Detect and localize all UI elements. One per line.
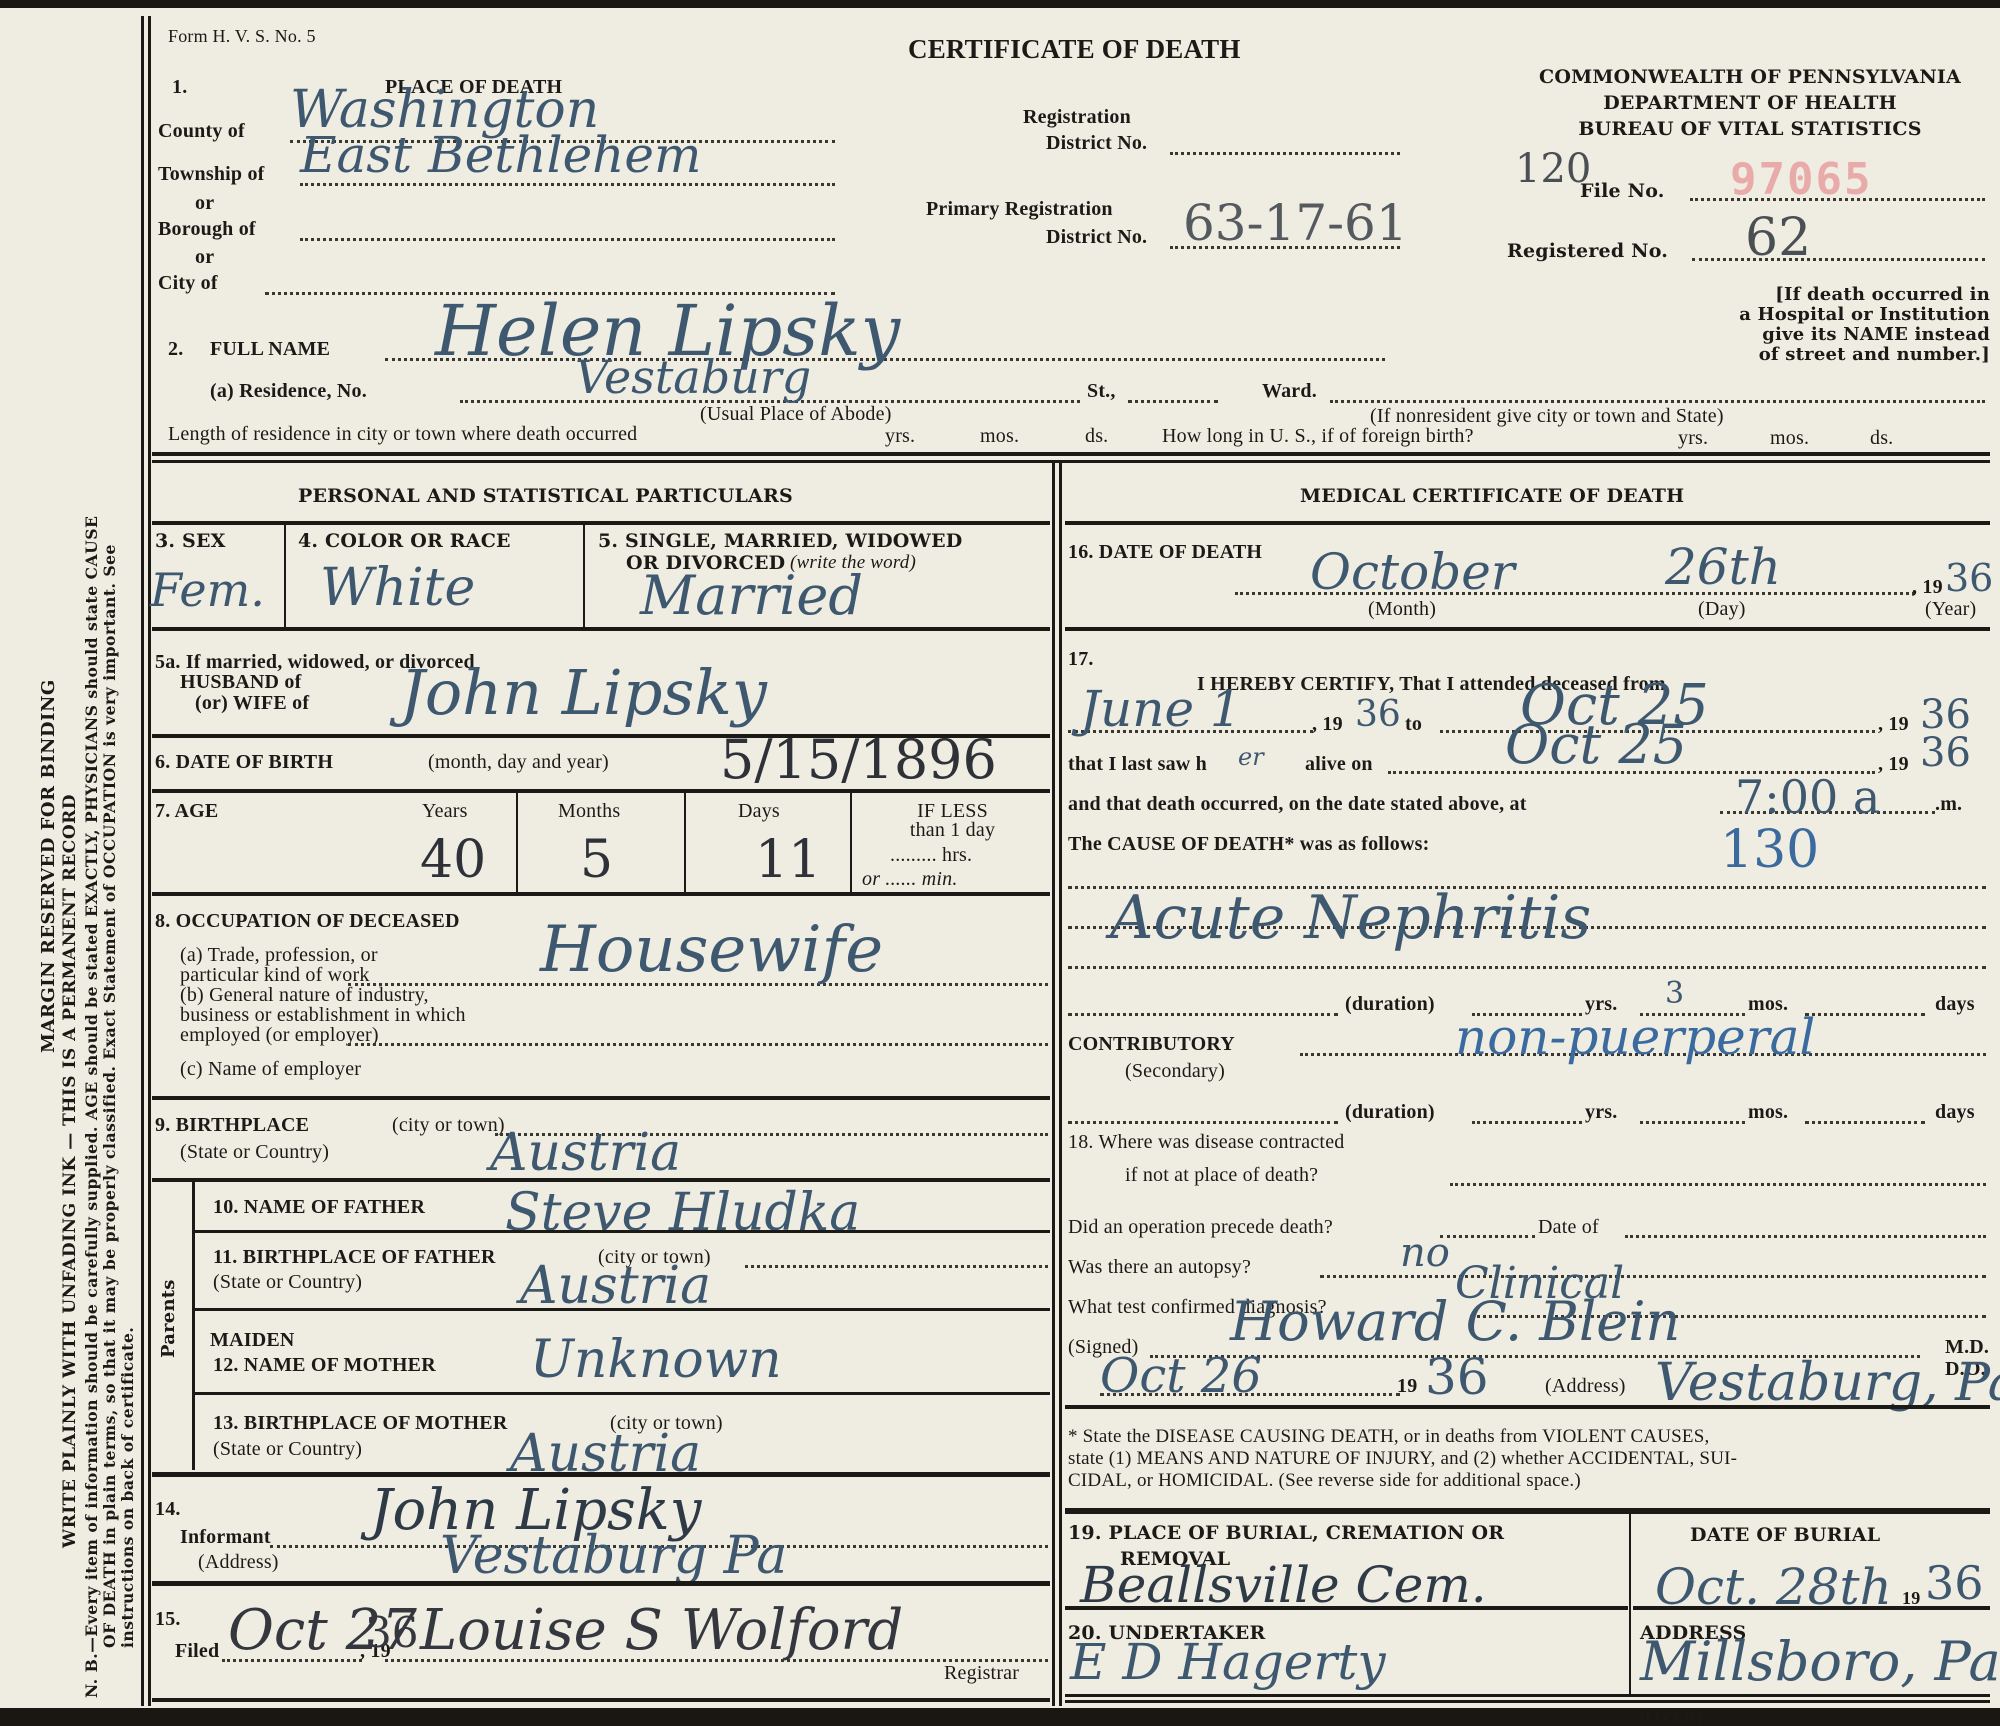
personal-heading-rule [152, 521, 1050, 525]
alive-on-label: alive on [1305, 753, 1373, 776]
row-rule-8 [152, 1096, 1050, 1100]
length-mos-label: mos. [980, 425, 1019, 448]
informant-address-label: (Address) [198, 1551, 279, 1574]
duration-lead-dots [1068, 1013, 1338, 1016]
hospital-note-1: [If death occurred in [1700, 284, 1990, 305]
date-of-death-19: , 19 [1912, 576, 1943, 599]
cause-of-death-label: The CAUSE OF DEATH* was as follows: [1068, 833, 1429, 856]
margin-nb-line2: OF DEATH in plain terms, so that it may … [100, 544, 119, 1648]
center-divider-left [1052, 460, 1055, 1706]
medical-section-heading: MEDICAL CERTIFICATE OF DEATH [1300, 485, 1684, 507]
father-birthplace-value: Austria [520, 1256, 711, 1316]
burial-date-label: DATE OF BURIAL [1690, 1524, 1880, 1546]
item-15-number: 15. [155, 1608, 181, 1631]
duration2-days-field [1805, 1121, 1925, 1124]
left-border-inner [148, 16, 151, 1706]
attended-from-year: 36 [1355, 694, 1401, 735]
item-1-number: 1. [172, 76, 187, 99]
margin-write-plainly-text: WRITE PLAINLY WITH UNFADING INK — THIS I… [60, 794, 80, 1548]
autopsy-value: no [1400, 1230, 1450, 1276]
bottom-rule-right-2 [1065, 1700, 1990, 1703]
length-yrs-label: yrs. [885, 425, 915, 448]
death-occurred-label: and that death occurred, on the date sta… [1068, 793, 1527, 816]
burial-year: 36 [1925, 1556, 1984, 1610]
time-of-death-value: 7:00 a [1735, 770, 1880, 824]
agency-line-3: BUREAU OF VITAL STATISTICS [1505, 118, 1995, 140]
duration-days-field [1805, 1013, 1925, 1016]
length-of-residence-label: Length of residence in city or town wher… [168, 423, 637, 446]
duration2-mos-field [1640, 1121, 1745, 1124]
or-label-1: or [195, 192, 214, 215]
hospital-note-2: a Hospital or Institution [1700, 304, 1990, 325]
signed-value: Howard C. Blein [1230, 1290, 1680, 1353]
margin-nb-line3: instructions on back of certificate. [118, 1327, 137, 1648]
dob-sublabel: (month, day and year) [428, 751, 609, 774]
duration-label: (duration) [1345, 993, 1435, 1016]
us-yrs-label: yrs. [1678, 427, 1708, 450]
date-of-death-label: 16. DATE OF DEATH [1068, 541, 1262, 564]
row-rule-7 [152, 892, 1050, 896]
medical-heading-rule [1065, 521, 1990, 525]
row-rule-11 [195, 1308, 1050, 1311]
age-days-label: Days [738, 800, 780, 823]
mother-name-value: Unknown [530, 1330, 782, 1390]
row-rule-14 [152, 1581, 1050, 1586]
age-months-value: 5 [580, 830, 613, 890]
cause-of-death-value: Acute Nephritis [1110, 883, 1591, 953]
year-caption: (Year) [1925, 598, 1976, 621]
spouse-label-3: (or) WIFE of [195, 692, 309, 715]
age-label: 7. AGE [155, 800, 218, 823]
registered-no-value: 62 [1745, 208, 1811, 268]
county-label: County of [158, 120, 245, 143]
registration-district-field [1170, 152, 1400, 155]
us-ds-label: ds. [1870, 427, 1893, 450]
last-saw-year: 36 [1920, 730, 1971, 776]
section-divider-top-2 [152, 460, 1990, 463]
duration2-days-label: days [1935, 1101, 1975, 1124]
burial-divider [1629, 1514, 1631, 1694]
item-2-number: 2. [168, 338, 183, 361]
last-saw-date: Oct 25 [1505, 713, 1687, 776]
row-rule-19-right [1633, 1606, 1990, 1610]
mother-maiden-label: MAIDEN [210, 1329, 295, 1352]
hospital-note-3: give its NAME instead [1700, 324, 1990, 345]
birthplace-state-sub: (State or Country) [180, 1141, 329, 1164]
agency-line-1: COMMONWEALTH OF PENNSYLVANIA [1505, 66, 1995, 88]
row-rule-signed [1065, 1405, 1990, 1409]
row-rule-5 [152, 627, 1050, 631]
operation-field [1440, 1235, 1535, 1238]
street-label: St., [1087, 380, 1116, 403]
bottom-rule-left [152, 1698, 1050, 1702]
ward-field-line [1330, 400, 1985, 403]
mother-birthplace-state-sub: (State or Country) [213, 1438, 362, 1461]
residence-value: Vestaburg [575, 350, 811, 404]
sex-value: Fem. [150, 563, 265, 617]
duration2-yrs-label: yrs. [1585, 1101, 1617, 1124]
registered-no-label: Registered No. [1507, 240, 1668, 262]
sex-label: 3. SEX [155, 530, 226, 552]
primary-registration-label: Primary Registration [926, 198, 1113, 221]
date-of-death-month: October [1310, 543, 1515, 601]
mother-name-label: 12. NAME OF MOTHER [213, 1354, 436, 1377]
hrs-label: ......... hrs. [890, 844, 972, 867]
race-value: White [320, 558, 475, 618]
undertaker-value: E D Hagerty [1070, 1633, 1386, 1691]
borough-label: Borough of [158, 218, 256, 241]
autopsy-label: Was there an autopsy? [1068, 1256, 1251, 1279]
row-rule-footnote [1065, 1508, 1990, 1514]
ward-label: Ward. [1262, 380, 1317, 403]
or-label-2: or [195, 246, 214, 269]
file-no-label: File No. [1580, 180, 1665, 202]
age-years-value: 40 [420, 830, 486, 890]
city-label: City of [158, 272, 218, 295]
contributory-value: non-puerperal [1455, 1008, 1815, 1066]
usual-abode-note: (Usual Place of Abode) [700, 403, 892, 426]
registrar-label: Registrar [944, 1662, 1019, 1685]
operation-date-field [1625, 1235, 1986, 1238]
q18-label-2: if not at place of death? [1125, 1164, 1318, 1187]
father-birthplace-label: 11. BIRTHPLACE OF FATHER [213, 1246, 496, 1269]
file-no-field [1690, 198, 1985, 201]
dob-value: 5/15/1896 [720, 728, 997, 791]
margin-nb-line1: N. B.—Every item of information should b… [82, 516, 101, 1698]
am-pm-suffix: .m. [1935, 793, 1962, 816]
certificate-title: CERTIFICATE OF DEATH [908, 34, 1241, 65]
min-label: or ...... min. [862, 868, 958, 891]
primary-district-label: District No. [1046, 226, 1147, 249]
row-rule-9 [152, 1178, 1050, 1182]
dob-label: 6. DATE OF BIRTH [155, 751, 333, 774]
date-of-death-day: 26th [1665, 538, 1781, 596]
last-saw-pronoun: er [1238, 743, 1264, 771]
day-caption: (Day) [1698, 598, 1746, 621]
age-divider-2 [684, 793, 686, 893]
duration2-mos-label: mos. [1748, 1101, 1788, 1124]
age-divider-1 [516, 793, 518, 893]
length-ds-label: ds. [1085, 425, 1108, 448]
row-rule-6 [152, 789, 1050, 793]
bottom-rule-right [1065, 1694, 1990, 1697]
how-long-in-us-label: How long in U. S., if of foreign birth? [1162, 425, 1474, 448]
borough-field-line [300, 238, 835, 241]
race-marital-divider [583, 525, 585, 628]
cause-code-value: 130 [1720, 820, 1819, 880]
cause-line-3 [1068, 966, 1986, 969]
race-label: 4. COLOR OR RACE [298, 530, 511, 552]
spouse-value: John Lipsky [400, 656, 767, 729]
signed-date-value: Oct 26 [1100, 1348, 1262, 1404]
physician-address-label: (Address) [1545, 1375, 1626, 1398]
secondary-label: (Secondary) [1125, 1060, 1225, 1083]
month-caption: (Month) [1368, 598, 1436, 621]
us-mos-label: mos. [1770, 427, 1809, 450]
hospital-note-4: of street and number.] [1700, 344, 1990, 365]
date-of-label: Date of [1538, 1216, 1599, 1239]
signed-19: 19 [1397, 1375, 1417, 1398]
row-rule-13 [152, 1472, 1050, 1477]
margin-reserved-text: MARGIN RESERVED FOR BINDING [38, 679, 59, 1053]
date-of-death-year: 36 [1945, 556, 1993, 600]
filed-year-value: 36 [365, 1608, 418, 1657]
contributory-label: CONTRIBUTORY [1068, 1033, 1235, 1056]
filed-label: Filed [175, 1640, 219, 1663]
item-14-number: 14. [155, 1498, 181, 1521]
duration-days-label: days [1935, 993, 1975, 1016]
parents-label: Parents [158, 1279, 179, 1358]
occupation-b-field [348, 1043, 1048, 1046]
section-divider-top [152, 452, 1990, 456]
footnote-line-2: state (1) MEANS AND NATURE OF INJURY, an… [1068, 1448, 1737, 1470]
center-divider-right [1059, 460, 1062, 1706]
full-name-label: FULL NAME [210, 338, 330, 361]
informant-address-value: Vestaburg Pa [440, 1526, 787, 1586]
duration-mos-value: 3 [1665, 976, 1684, 1011]
street-field-line [1128, 400, 1218, 403]
age-years-label: Years [422, 800, 468, 823]
occupation-label: 8. OCCUPATION OF DECEASED [155, 910, 460, 933]
agency-line-2: DEPARTMENT OF HEALTH [1505, 92, 1995, 114]
age-months-label: Months [558, 800, 620, 823]
duration2-yrs-field [1472, 1121, 1582, 1124]
registrar-signature: Louise S Wolford [420, 1598, 903, 1663]
left-border-outer [141, 16, 144, 1706]
township-value: East Bethlehem [300, 126, 701, 184]
father-name-label: 10. NAME OF FATHER [213, 1196, 425, 1219]
duration2-lead-dots [1068, 1121, 1338, 1124]
spouse-label-2: HUSBAND of [180, 671, 301, 694]
q18-field [1450, 1183, 1986, 1186]
item-17-number: 17. [1068, 648, 1094, 671]
father-birthplace-state-sub: (State or Country) [213, 1271, 362, 1294]
primary-district-value: 63-17-61 [1183, 194, 1408, 252]
q18-label-1: 18. Where was disease contracted [1068, 1131, 1344, 1154]
undertaker-address-value: Millsboro, Pa [1640, 1630, 2000, 1693]
to-label: to [1405, 713, 1422, 736]
marital-value: Married [640, 564, 863, 627]
operation-label: Did an operation precede death? [1068, 1216, 1333, 1239]
township-label: Township of [158, 163, 265, 186]
mother-birthplace-label: 13. BIRTHPLACE OF MOTHER [213, 1412, 508, 1435]
birthplace-value: Austria [490, 1123, 681, 1183]
registration-label: Registration [1023, 106, 1131, 129]
burial-place-label-1: 19. PLACE OF BURIAL, CREMATION OR [1068, 1522, 1504, 1544]
marital-label-1: 5. SINGLE, MARRIED, WIDOWED [598, 530, 962, 552]
row-rule-10 [195, 1230, 1050, 1233]
father-birthplace-city-field [745, 1265, 1048, 1268]
birthplace-city-sub: (city or town) [392, 1114, 505, 1137]
attended-from-value: June 1 [1080, 680, 1242, 738]
occupation-c: (c) Name of employer [180, 1058, 361, 1081]
occupation-value: Housewife [540, 913, 883, 987]
father-name-value: Steve Hludka [505, 1183, 860, 1243]
row-rule-19-left [1065, 1606, 1628, 1610]
registered-no-field [1692, 258, 1985, 261]
last-saw-label: that I last saw h [1068, 753, 1207, 776]
physician-address-value: Vestaburg, Pa [1655, 1353, 2000, 1413]
parents-bracket-line [192, 1180, 195, 1470]
registration-district-label: District No. [1046, 132, 1147, 155]
sex-race-divider [284, 525, 286, 628]
signed-year: 36 [1425, 1348, 1489, 1406]
residence-label: (a) Residence, No. [210, 380, 367, 403]
footnote-line-3: CIDAL, or HOMICIDAL. (See reverse side f… [1068, 1470, 1581, 1492]
last-saw-19: , 19 [1878, 753, 1909, 776]
certificate-paper: MARGIN RESERVED FOR BINDING WRITE PLAINL… [0, 8, 2000, 1708]
age-days-value: 11 [755, 830, 821, 890]
row-rule-16 [1065, 627, 1990, 631]
informant-label: Informant [180, 1526, 271, 1549]
attended-to-19: , 19 [1878, 713, 1909, 736]
age-divider-3 [850, 793, 852, 893]
form-number: Form H. V. S. No. 5 [168, 26, 316, 47]
birthplace-label: 9. BIRTHPLACE [155, 1114, 309, 1137]
over-label: (OVER) [1640, 1706, 1702, 1726]
than-one-day-label: than 1 day [855, 819, 1050, 842]
personal-section-heading: PERSONAL AND STATISTICAL PARTICULARS [298, 485, 793, 507]
attended-from-19: , 19 [1312, 713, 1343, 736]
footnote-line-1: * State the DISEASE CAUSING DEATH, or in… [1068, 1426, 1709, 1448]
duration2-label: (duration) [1345, 1101, 1435, 1124]
row-rule-12 [195, 1392, 1050, 1395]
